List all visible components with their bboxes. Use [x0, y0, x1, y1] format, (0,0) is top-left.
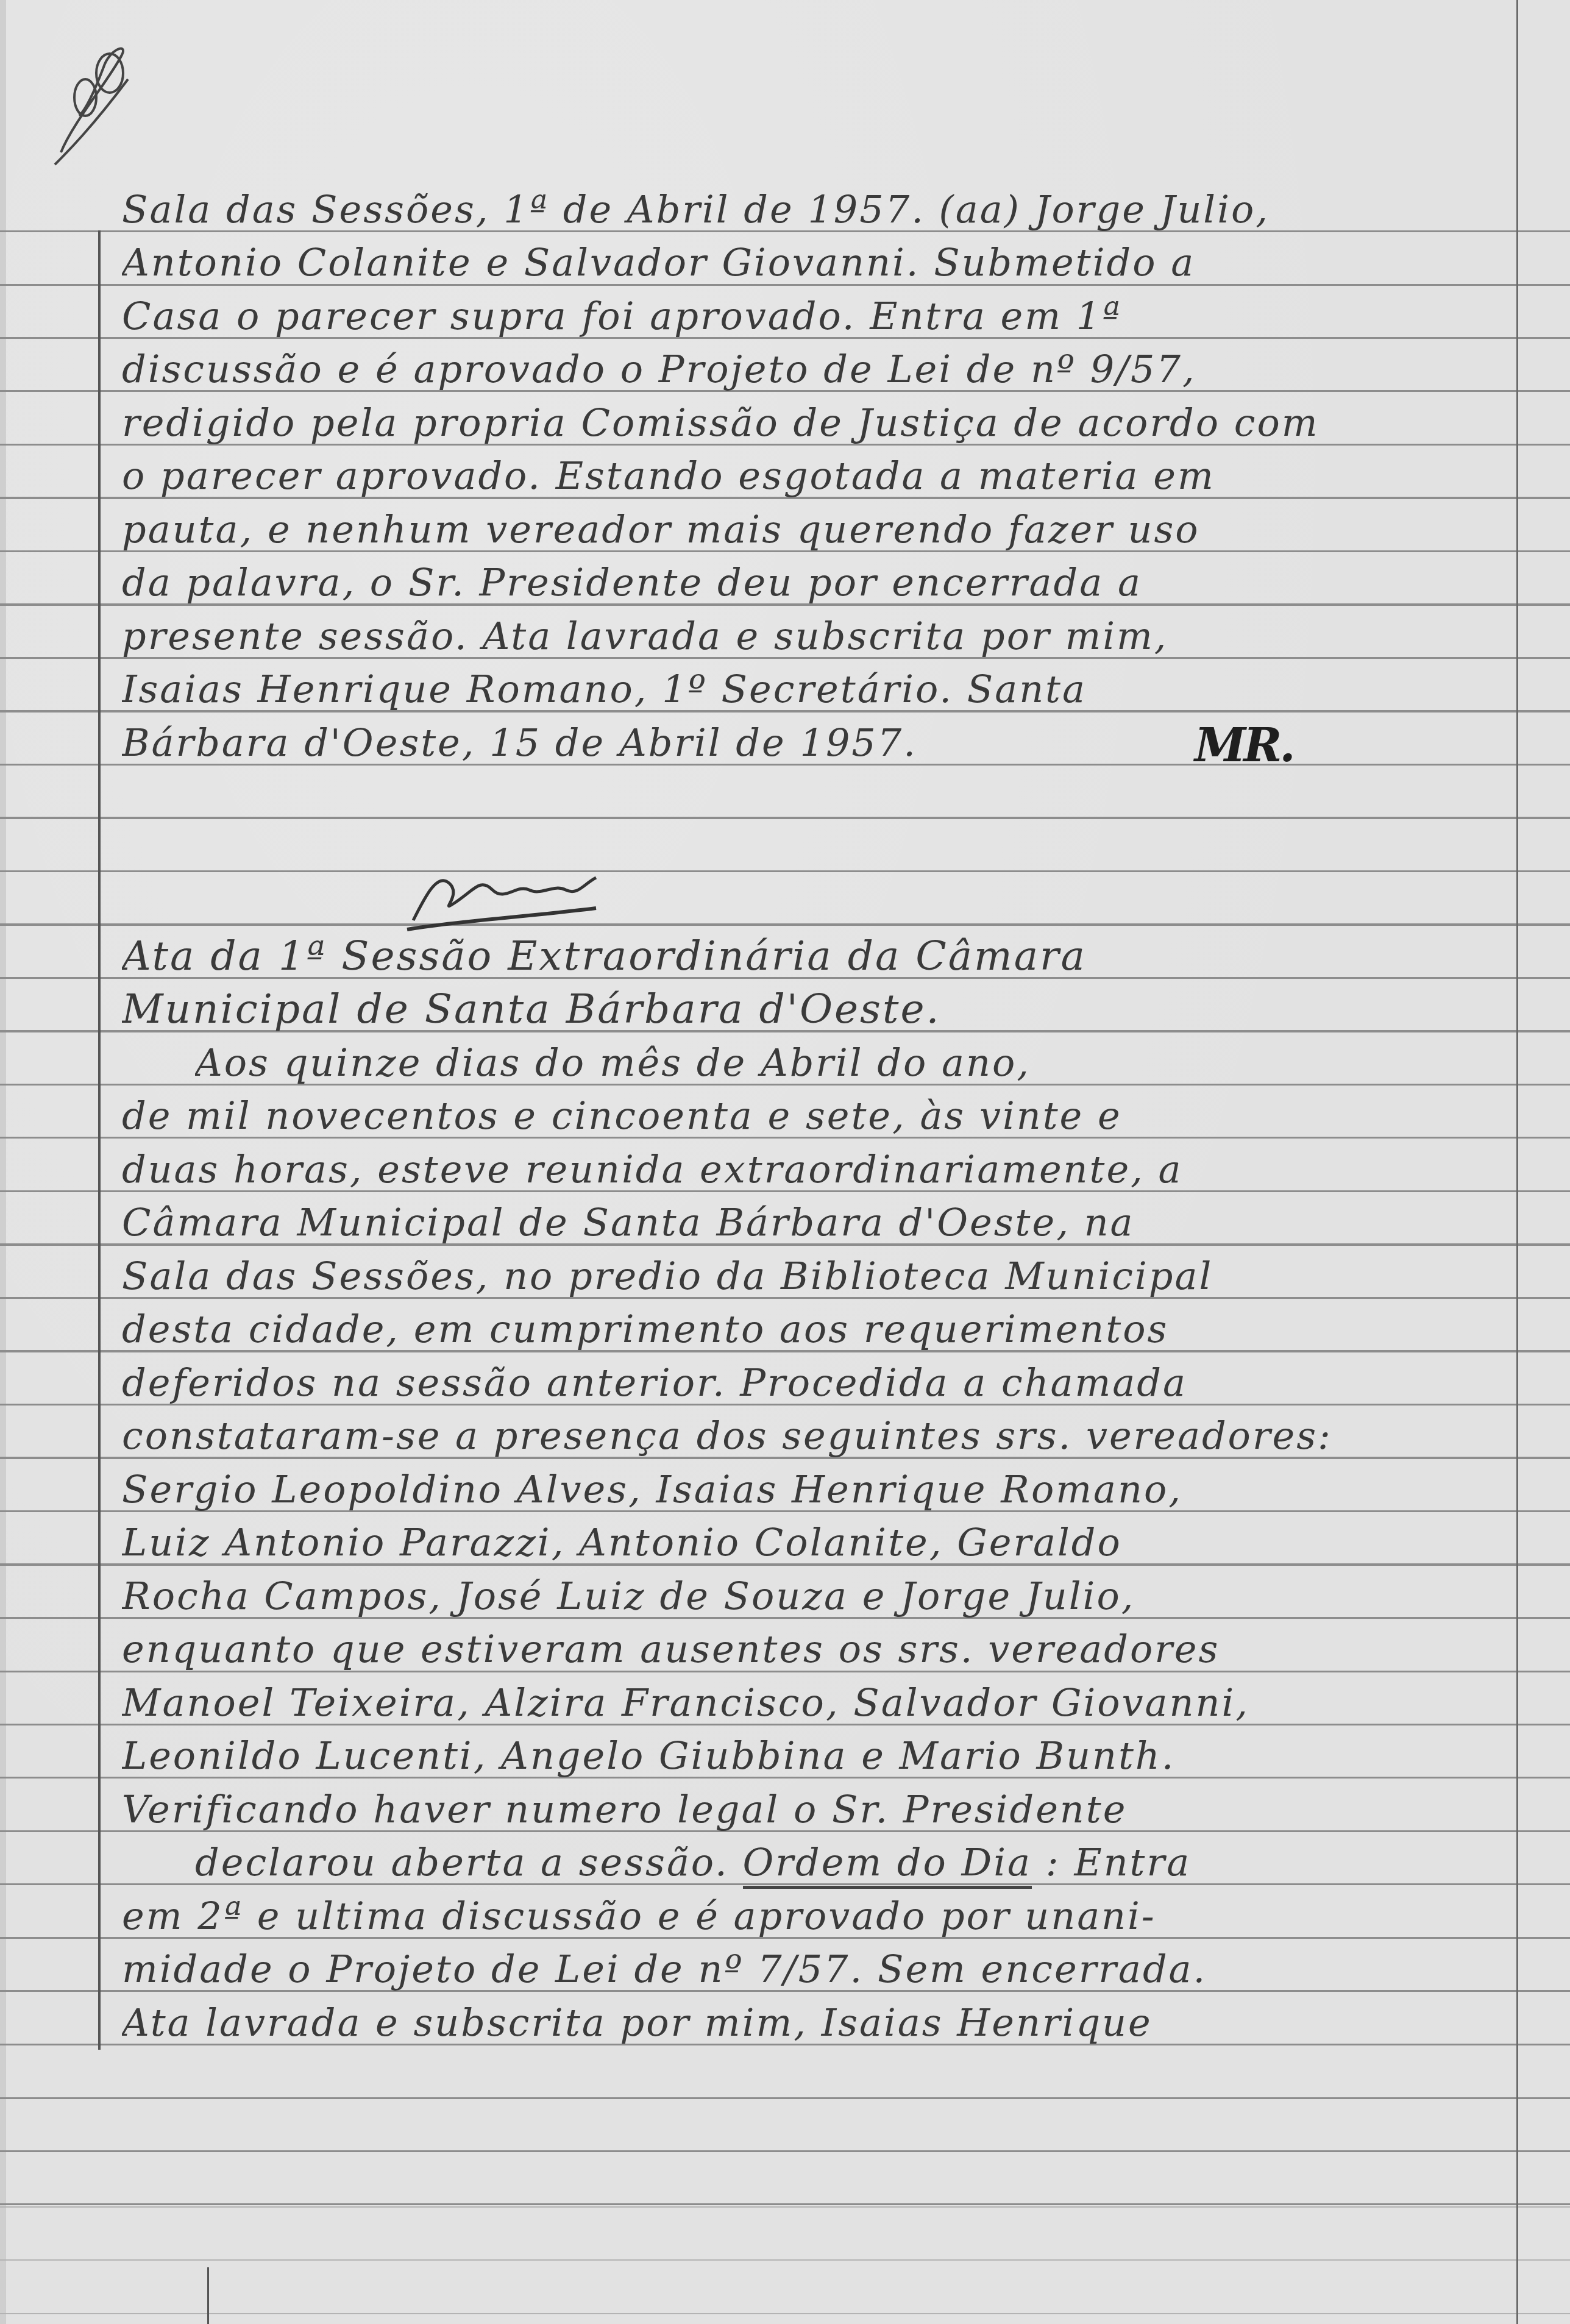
text-line: desta cidade, em cumprimento aos requeri…	[122, 1302, 1505, 1356]
text-line: Verificando haver numero legal o Sr. Pre…	[122, 1783, 1505, 1836]
text-line: deferidos na sessão anterior. Procedida …	[122, 1356, 1505, 1410]
text-line: enquanto que estiveram ausentes os srs. …	[122, 1622, 1505, 1676]
text-line: Sala das Sessões, no predio da Bibliotec…	[122, 1249, 1505, 1303]
pencil-mark	[207, 2267, 209, 2324]
text-line: Manoel Teixeira, Alzira Francisco, Salva…	[122, 1676, 1505, 1730]
rubric-signature-icon	[401, 859, 602, 933]
page-stamp-rubric-icon	[37, 30, 165, 171]
right-margin-line	[1516, 0, 1518, 2324]
closing-initials: MR.	[1195, 718, 1293, 772]
text-segment: declarou aberta a sessão.	[195, 1840, 729, 1885]
text-line: da palavra, o Sr. Presidente deu por enc…	[122, 556, 1505, 609]
left-margin-line	[98, 230, 101, 2050]
text-line: de mil novecentos e cincoenta e sete, às…	[122, 1089, 1505, 1143]
text-line: Bárbara d'Oeste, 15 de Abril de 1957.	[122, 716, 1158, 770]
text-line: Casa o parecer supra foi aprovado. Entra…	[122, 290, 1505, 343]
text-line: Aos quinze dias do mês de Abril do ano,	[195, 1036, 1505, 1090]
text-line: presente sessão. Ata lavrada e subscrita…	[122, 609, 1505, 663]
text-line: Câmara Municipal de Santa Bárbara d'Oest…	[122, 1196, 1505, 1249]
minutes-title-line: Municipal de Santa Bárbara d'Oeste.	[122, 983, 1505, 1036]
text-line: Antonio Colanite e Salvador Giovanni. Su…	[122, 236, 1505, 290]
minutes-title-line: Ata da 1ª Sessão Extraordinária da Câmar…	[122, 929, 1505, 983]
text-line: declarou aberta a sessão. Ordem do Dia :…	[195, 1836, 1505, 1889]
text-line: Luiz Antonio Parazzi, Antonio Colanite, …	[122, 1516, 1505, 1569]
text-line: Sala das Sessões, 1ª de Abril de 1957. (…	[122, 183, 1505, 236]
text-line: pauta, e nenhum vereador mais querendo f…	[122, 503, 1505, 556]
text-line: constataram-se a presença dos seguintes …	[122, 1409, 1505, 1463]
text-line: duas horas, esteve reunida extraordinari…	[122, 1143, 1505, 1196]
text-line: Ata lavrada e subscrita por mim, Isaias …	[122, 1996, 1505, 2050]
text-segment: : Entra	[1046, 1840, 1191, 1885]
document-page: Sala das Sessões, 1ª de Abril de 1957. (…	[0, 0, 1570, 2324]
text-line: discussão e é aprovado o Projeto de Lei …	[122, 343, 1505, 396]
text-line: em 2ª e ultima discussão e é aprovado po…	[122, 1889, 1505, 1943]
text-line: o parecer aprovado. Estando esgotada a m…	[122, 449, 1505, 503]
text-line: Rocha Campos, José Luiz de Souza e Jorge…	[122, 1569, 1505, 1623]
order-of-day-heading: Ordem do Dia	[743, 1840, 1032, 1889]
text-line: redigido pela propria Comissão de Justiç…	[122, 396, 1505, 450]
text-line: Leonildo Lucenti, Angelo Giubbina e Mari…	[122, 1729, 1505, 1783]
ruled-lines-bottom	[0, 2206, 1570, 2324]
text-line: Isaias Henrique Romano, 1º Secretário. S…	[122, 663, 1505, 716]
text-line: midade o Projeto de Lei de nº 7/57. Sem …	[122, 1942, 1505, 1996]
text-line: Sergio Leopoldino Alves, Isaias Henrique…	[122, 1463, 1505, 1516]
